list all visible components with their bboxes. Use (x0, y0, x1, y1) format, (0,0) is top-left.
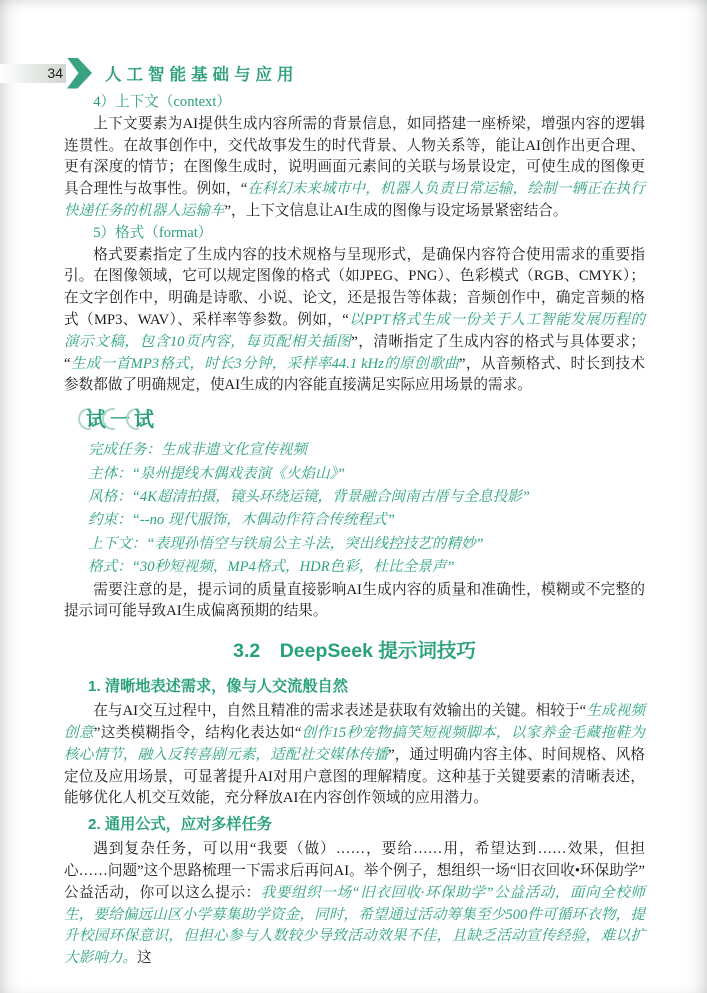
try-context-line: 上下文：“表现孙悟空与铁扇公主斗法，突出线控技艺的精妙” (64, 533, 645, 556)
paragraph-clear-expression: 在与AI交互过程中，自然且精准的需求表述是获取有效输出的关键。相较于“生成视频创… (64, 701, 645, 810)
running-head: 34 人工智能基础与应用 (0, 56, 299, 90)
try-badge-char: 试 (133, 407, 155, 433)
list-label-format: 5）格式（format） (64, 223, 645, 245)
paragraph-note: 需要注意的是，提示词的质量直接影响AI生成内容的质量和准确性，模糊或不完整的提示… (64, 580, 645, 624)
page-number: 34 (47, 66, 66, 80)
try-it-badge: 试一试 (85, 407, 645, 433)
try-subject-line: 主体：“泉州提线木偶戏表演《火焰山》” (64, 463, 645, 486)
page-body: 4）上下文（context） 上下文要素为AI提供生成内容所需的背景信息，如同搭… (64, 92, 645, 970)
paragraph-general-formula: 遇到复杂任务，可以用“我要（做）……，要给……用，希望达到……效果，但担心……问… (64, 839, 645, 970)
paragraph-context: 上下文要素为AI提供生成内容所需的背景信息，如同搭建一座桥梁，增强内容的逻辑连贯… (64, 114, 645, 223)
try-style-line: 风格：“4K超清拍摄，镜头环绕运镜，背景融合闽南古厝与全息投影” (64, 486, 645, 509)
text-segment: ”这类模糊指令，结构化表达如“ (94, 725, 302, 741)
section-heading-3-2: 3.2 DeepSeek 提示词技巧 (64, 638, 645, 664)
paragraph-format: 格式要素指定了生成内容的技术规格与呈现形式，是确保内容符合使用需求的重要指引。在… (64, 245, 645, 398)
subheading-2: 2. 通用公式，应对多样任务 (64, 814, 645, 836)
book-page: 34 人工智能基础与应用 4）上下文（context） 上下文要素为AI提供生成… (0, 0, 707, 993)
try-constraint-line: 约束：“--no 现代服饰，木偶动作符合传统程式” (64, 509, 645, 532)
text-segment: 在与AI交互过程中，自然且精准的需求表述是获取有效输出的关键。相较于“ (93, 703, 586, 719)
try-task-line: 完成任务：生成非遗文化宣传视频 (64, 439, 645, 462)
try-format-line: 格式：“30秒短视频，MP4格式，HDR色彩，杜比全景声” (64, 556, 645, 579)
subheading-1: 1. 清晰地表述需求，像与人交流般自然 (64, 676, 645, 698)
page-number-bar: 34 (0, 64, 66, 83)
chevron-right-icon (67, 58, 92, 89)
text-segment: ”，上下文信息让AI生成的图像与设定场景紧密结合。 (225, 203, 568, 219)
book-title: 人工智能基础与应用 (105, 61, 299, 85)
quoted-prompt-text: 生成一首MP3格式，时长3分钟，采样率44.1 kHz的原创歌曲 (70, 356, 459, 372)
list-label-context: 4）上下文（context） (64, 92, 645, 114)
text-segment: 这 (137, 950, 152, 966)
